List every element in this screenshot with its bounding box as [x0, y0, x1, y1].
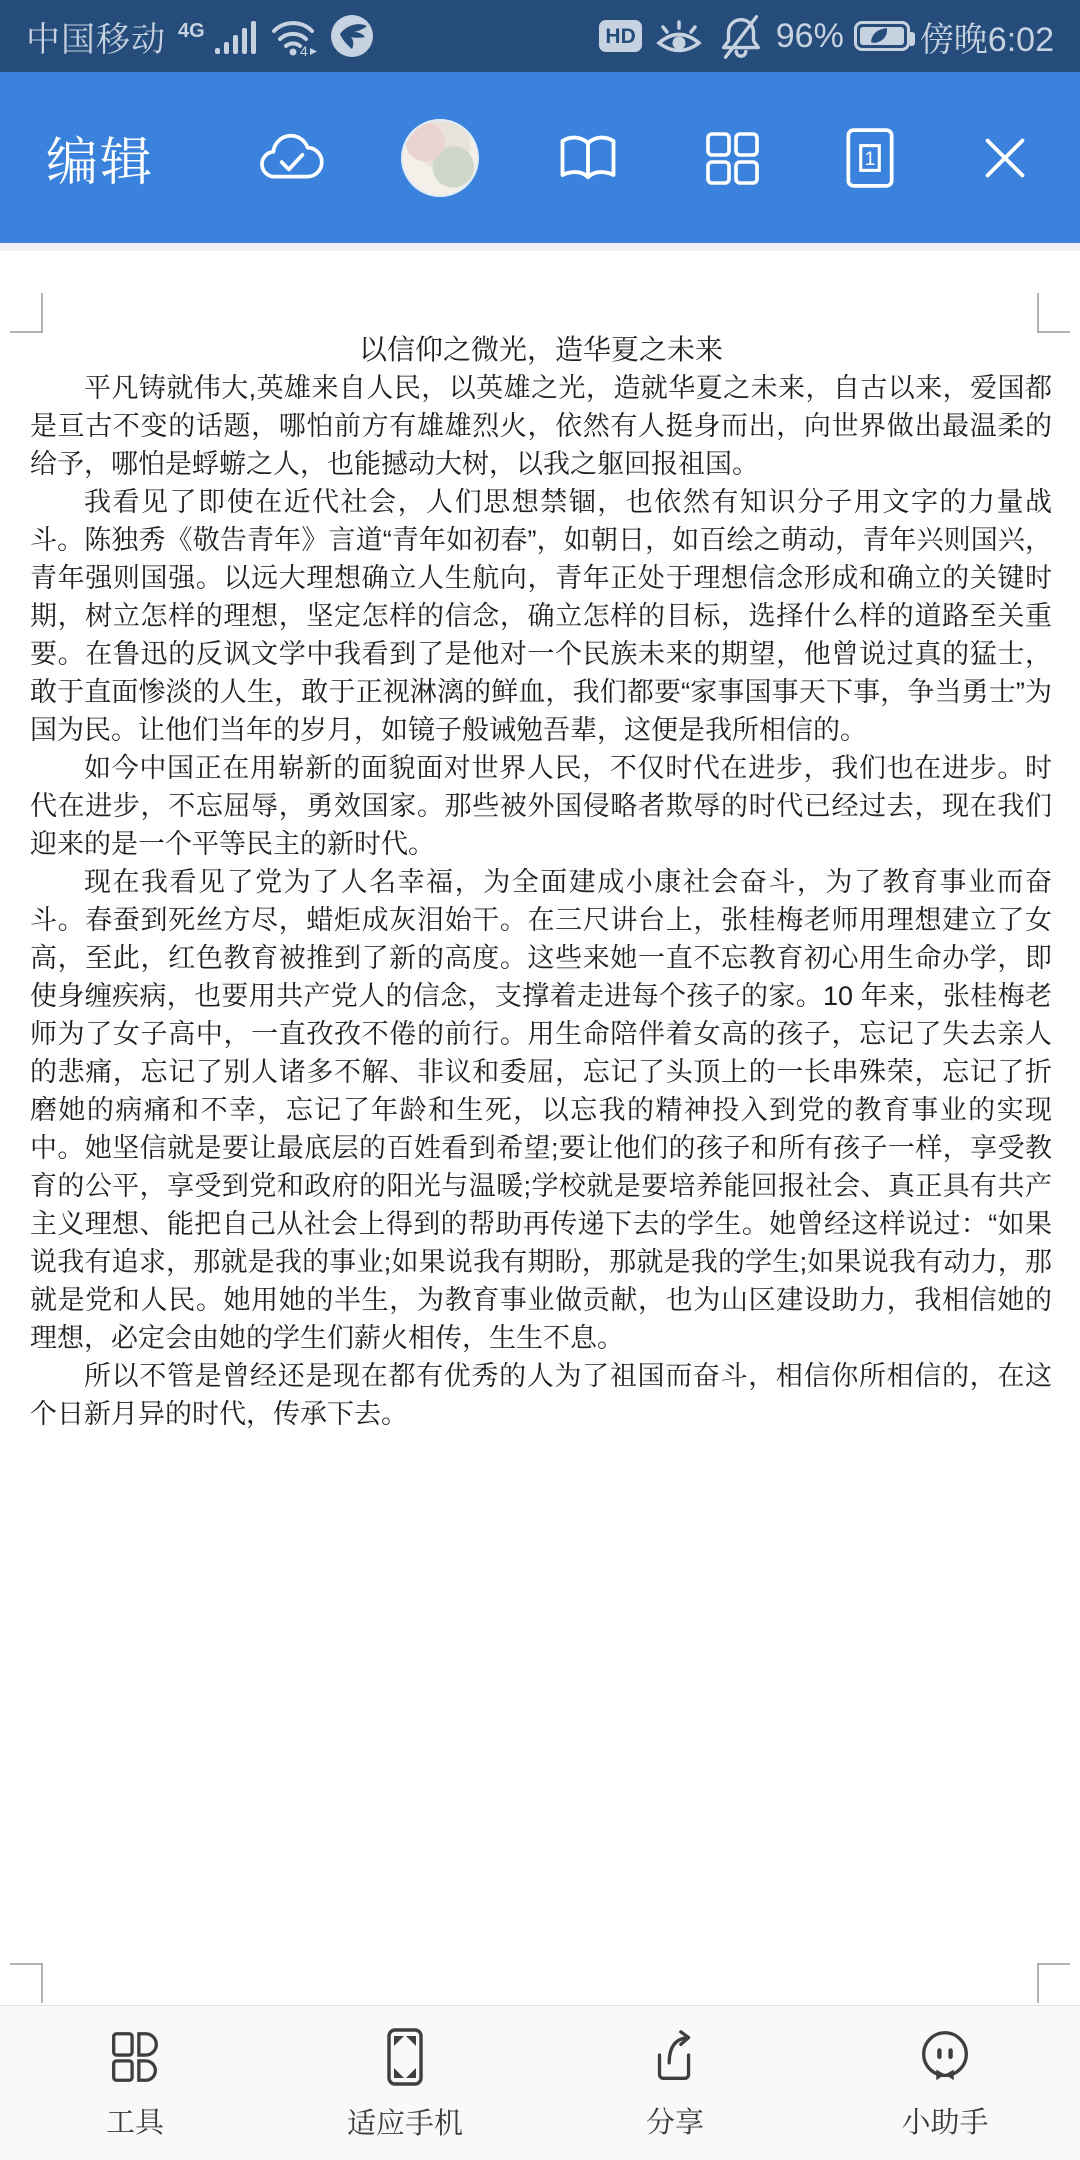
status-right: HD 96% [599, 11, 1054, 61]
layout-grid-icon[interactable] [700, 126, 764, 190]
cloud-check-icon[interactable] [256, 129, 326, 187]
status-bar: 中国移动 4G 4 [0, 0, 1080, 72]
dingtalk-notification-icon [329, 13, 375, 59]
share-icon [644, 2026, 706, 2088]
clock-label: 傍晚6:02 [920, 12, 1054, 61]
assistant-icon [914, 2026, 976, 2088]
document-text[interactable]: 以信仰之微光，造华夏之未来 平凡铸就伟大,英雄来自人民，以英雄之光，造就华夏之未… [30, 331, 1052, 1433]
paragraph: 平凡铸就伟大,英雄来自人民，以英雄之光，造就华夏之未来，自古以来，爱国都是亘古不… [30, 369, 1052, 483]
page-number-icon[interactable]: 1 [841, 125, 899, 191]
eye-comfort-icon [652, 13, 706, 59]
page-margin-mark-bottom-right [1037, 1963, 1070, 2003]
read-mode-book-icon[interactable] [554, 130, 622, 186]
tools-button[interactable]: 工具 [0, 2006, 270, 2160]
page-margin-mark-top-left [10, 293, 43, 333]
signal-bars-icon [215, 17, 259, 55]
wifi-icon: 4 [269, 15, 319, 57]
tools-grid-icon [104, 2026, 166, 2088]
fit-phone-button[interactable]: 适应手机 [270, 2006, 540, 2160]
share-button[interactable]: 分享 [540, 2006, 810, 2160]
bottom-toolbar: 工具 适应手机 分享 [0, 2005, 1080, 2160]
battery-nub [910, 32, 915, 46]
edit-mode-button[interactable]: 编辑 [46, 120, 154, 195]
assistant-label: 小助手 [901, 2100, 988, 2141]
page-margin-mark-bottom-left [10, 1963, 43, 2003]
leaf-icon [867, 25, 893, 47]
close-icon[interactable] [976, 129, 1034, 187]
battery-percent-label: 96% [776, 17, 844, 56]
hd-badge: HD [599, 20, 641, 52]
document-canvas[interactable]: 以信仰之微光，造华夏之未来 平凡铸就伟大,英雄来自人民，以英雄之光，造就华夏之未… [0, 243, 1080, 2005]
paragraph: 所以不管是曾经还是现在都有优秀的人为了祖国而奋斗，相信你所相信的，在这个日新月异… [30, 1357, 1052, 1433]
share-label: 分享 [646, 2100, 704, 2141]
document-title: 以信仰之微光，造华夏之未来 [30, 331, 1052, 369]
assistant-button[interactable]: 小助手 [810, 2006, 1080, 2160]
fit-phone-label: 适应手机 [347, 2101, 463, 2142]
toolbar-actions: 1 [256, 121, 1034, 195]
user-avatar[interactable] [403, 121, 477, 195]
tools-label: 工具 [106, 2100, 164, 2141]
bell-muted-icon [716, 11, 766, 61]
network-4g-badge: 4G [178, 20, 205, 43]
battery-saver-icon [854, 21, 910, 51]
app-toolbar: 编辑 [0, 72, 1080, 243]
wps-edit-screen: 中国移动 4G 4 [0, 0, 1080, 2160]
page-margin-mark-top-right [1037, 293, 1070, 333]
svg-text:4: 4 [300, 43, 308, 57]
document-top-gap [0, 243, 1080, 251]
carrier-label: 中国移动 [26, 12, 166, 61]
paragraph: 我看见了即使在近代社会，人们思想禁锢，也依然有知识分子用文字的力量战斗。陈独秀《… [30, 483, 1052, 749]
paragraph: 如今中国正在用崭新的面貌面对世界人民，不仅时代在进步，我们也在进步。时代在进步，… [30, 749, 1052, 863]
paragraph: 现在我看见了党为了人名幸福，为全面建成小康社会奋斗，为了教育事业而奋斗。春蚕到死… [30, 863, 1052, 1357]
svg-text:1: 1 [864, 148, 875, 170]
fit-phone-icon [377, 2025, 433, 2089]
status-left: 中国移动 4G 4 [26, 12, 375, 61]
